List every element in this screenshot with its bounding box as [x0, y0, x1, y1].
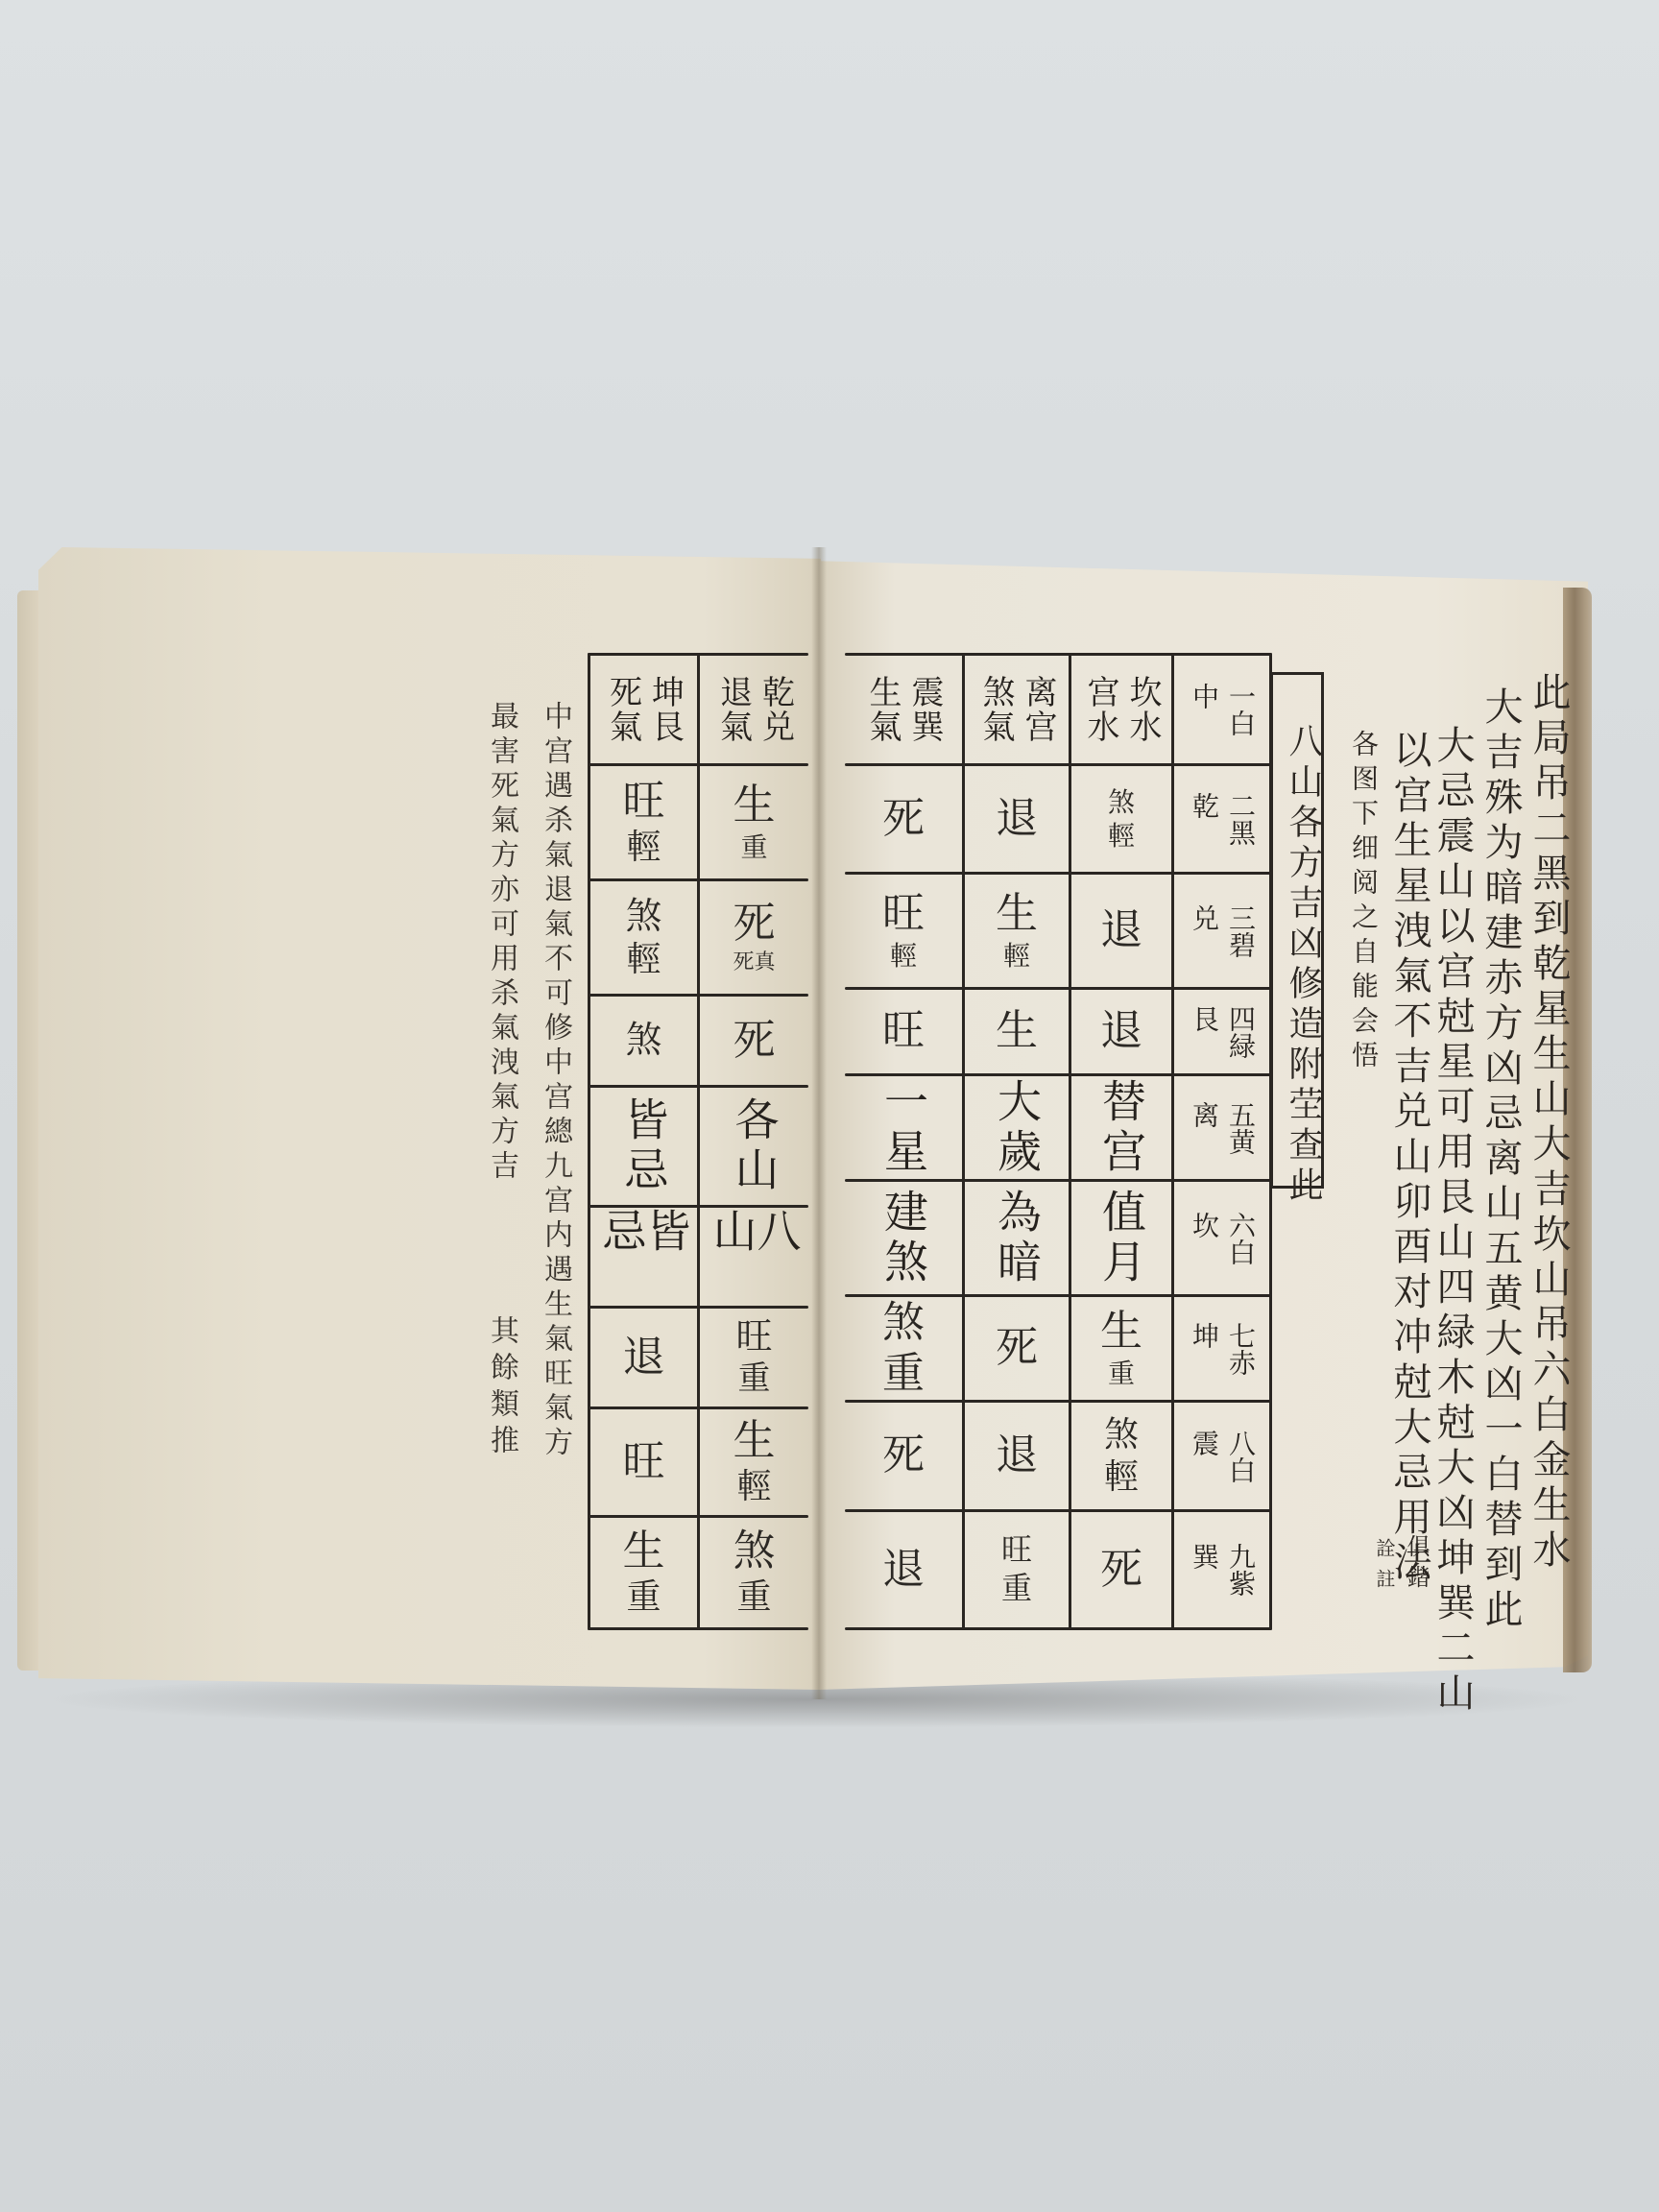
cell-main: 煞 [625, 1022, 661, 1060]
header-line1: 坤艮 [649, 675, 682, 744]
cell-sub: 重 [736, 1579, 771, 1616]
cell-sub: 重 [737, 1362, 770, 1397]
table-cell: 死 [845, 1403, 962, 1509]
cell-main: 皆忌 [600, 1208, 688, 1306]
cell-main: 旺 [623, 780, 665, 824]
cell-sub: 輕 [626, 829, 661, 866]
header-line2: 煞氣 [979, 675, 1012, 744]
header-line2: 死氣 [607, 675, 639, 744]
table-cell: 退 [845, 1512, 962, 1627]
table-cell: 大歲 [965, 1076, 1069, 1179]
table-cell: 死 [700, 997, 808, 1085]
table-row-label: 四緑艮 [1174, 990, 1270, 1073]
header-qian-dui: 乾兑 退氣 [700, 656, 808, 763]
table-row-label: 九紫巽 [1174, 1512, 1270, 1627]
mountain-label: 乾 [1190, 792, 1217, 819]
cell-main: 退 [1100, 1009, 1142, 1053]
table-row-label: 二黑乾 [1174, 766, 1270, 872]
table-cell: 替宫 [1071, 1076, 1171, 1179]
header-line2: 退氣 [717, 675, 750, 744]
cell-sub: 輕 [1003, 942, 1030, 970]
table-cell: 退 [1071, 990, 1171, 1073]
cell-main: 生 [733, 1419, 776, 1463]
cell-main: 煞 [733, 1529, 776, 1574]
cell-main: 生 [733, 783, 776, 828]
cell-sub: 重 [882, 1352, 925, 1396]
cell-main: 退 [623, 1335, 665, 1380]
cell-sub: 輕 [1104, 1459, 1139, 1496]
header-kan-water: 坎水 宫水 [1071, 656, 1171, 763]
header-line2: 宫水 [1084, 675, 1117, 744]
cell-main: 皆忌 [622, 1096, 666, 1196]
mountain-label: 巽 [1190, 1543, 1217, 1570]
cell-main: 旺 [882, 892, 925, 936]
header-line1: 震巽 [908, 675, 941, 744]
cell-main: 死 [733, 902, 775, 946]
table-cell: 生重 [1071, 1297, 1171, 1400]
cell-main: 八山 [710, 1208, 799, 1306]
table-cell: 生輕 [965, 875, 1069, 987]
table-row-label: 六白坎 [1174, 1182, 1270, 1294]
cell-sub: 重 [1001, 1573, 1032, 1605]
cell-main: 死 [882, 1433, 925, 1478]
table-cell: 建煞 [845, 1182, 962, 1294]
cell-main: 大歲 [995, 1078, 1039, 1178]
cell-main: 旺 [623, 1440, 665, 1484]
note-line: 最害死氣方亦可用杀氣洩氣方吉 [480, 701, 522, 1185]
cell-main: 替宫 [1099, 1078, 1143, 1178]
table-cell: 為暗 [965, 1182, 1069, 1294]
mountain-label: 艮 [1190, 1005, 1217, 1032]
cell-sub: 重 [626, 1579, 661, 1616]
cell-main: 退 [1100, 908, 1142, 952]
table-cell: 旺 [845, 990, 962, 1073]
table-cell: 退 [965, 1403, 1069, 1509]
mountain-label: 离 [1190, 1101, 1217, 1128]
cell-main: 旺 [1001, 1534, 1032, 1567]
header-line1: 离宫 [1022, 675, 1054, 744]
table-cell: 死 [965, 1297, 1069, 1400]
table-cell: 死死真 [700, 881, 808, 994]
table-cell: 煞重 [700, 1518, 808, 1627]
table-cell: 煞重 [845, 1297, 962, 1400]
note-line: 以宫生星洩氣不吉兑山卯酉对冲尅大忌用法 [1382, 730, 1437, 1587]
header-line2: 生氣 [866, 675, 899, 744]
table-cell: 旺重 [965, 1512, 1069, 1627]
header-zhen-xun: 震巽 生氣 [845, 656, 962, 763]
star-label: 二黑 [1227, 792, 1254, 846]
mountain-label: 坎 [1190, 1212, 1217, 1238]
star-label: 三碧 [1227, 904, 1254, 958]
table-cell: 皆忌 [590, 1208, 697, 1306]
cell-main: 煞 [1104, 1417, 1139, 1454]
table-title: 八山各方吉凶修造附茔查此 [1279, 723, 1328, 1207]
mountain-label: 兑 [1190, 904, 1217, 931]
table-cell: 煞輕 [1071, 766, 1171, 872]
note-line-small: 各图下细阅之自能会悟 [1344, 730, 1382, 1075]
note-line: 中宫遇杀氣退氣不可修中宫總九宫内遇生氣旺氣方 [534, 701, 576, 1461]
header-line1: 乾兑 [759, 675, 792, 744]
cell-main: 退 [882, 1548, 925, 1592]
table-cell: 旺輕 [845, 875, 962, 987]
table-cell: 一星 [845, 1076, 962, 1179]
header-position: 中 [1190, 683, 1217, 709]
table-cell: 生 [965, 990, 1069, 1073]
star-label: 六白 [1227, 1212, 1254, 1265]
table-cell: 旺輕 [590, 766, 697, 878]
cell-main: 生 [996, 892, 1038, 936]
note-annotation: 鍇 [1400, 1565, 1433, 1590]
mountain-label: 震 [1190, 1430, 1217, 1456]
right-table: 一白 中 坎水 宫水 离宫 煞氣 震巽 生氣 二黑乾 煞輕 退 死 [845, 653, 1272, 1632]
cell-sub: 重 [740, 833, 767, 861]
table-cell: 八山 [700, 1208, 808, 1306]
note-line: 其餘類推 [480, 1315, 522, 1461]
cell-main: 死 [733, 1019, 776, 1063]
table-cell: 死 [845, 766, 962, 872]
table-row-label: 五黄离 [1174, 1076, 1270, 1179]
cell-sub: 輕 [1108, 822, 1135, 850]
table-title-box: 八山各方吉凶修造附茔查此 [1270, 672, 1324, 1189]
table-cell: 退 [1071, 875, 1171, 987]
table-cell: 生重 [700, 766, 808, 878]
table-cell: 煞輕 [1071, 1403, 1171, 1509]
table-cell: 煞輕 [590, 881, 697, 994]
star-label: 九紫 [1227, 1543, 1254, 1597]
cell-main: 旺 [882, 1009, 925, 1053]
table-cell: 旺重 [700, 1309, 808, 1407]
cell-main: 死 [996, 1326, 1038, 1370]
header-center-palace: 一白 中 [1174, 656, 1270, 763]
header-kun-gen: 坤艮 死氣 [590, 656, 697, 763]
header-li-palace: 离宫 煞氣 [965, 656, 1069, 763]
mountain-label: 坤 [1190, 1322, 1217, 1349]
left-table: 乾兑 退氣 坤艮 死氣 生重 旺輕 死死真 煞輕 死 煞 各山 皆忌 八山 皆忌… [588, 653, 808, 1632]
note-line: 大吉殊为暗建赤方凶忌离山五黄大凶一白替到此 [1474, 686, 1528, 1634]
cell-main: 生 [623, 1529, 665, 1574]
note-annotation: 詮 [1371, 1538, 1399, 1559]
cell-main: 各山 [733, 1096, 777, 1196]
table-row-label: 三碧兑 [1174, 875, 1270, 987]
cell-main: 生 [1100, 1310, 1142, 1354]
open-book: 此局吊二黑到乾星生山大吉坎山吊六白金生水 大吉殊为暗建赤方凶忌离山五黄大凶一白替… [0, 0, 1659, 2212]
star-label: 八白 [1227, 1430, 1254, 1483]
table-cell: 煞 [590, 997, 697, 1085]
book-gutter [811, 547, 827, 1699]
cell-sub: 重 [1108, 1359, 1135, 1387]
table-row-label: 七赤坤 [1174, 1297, 1270, 1400]
table-cell: 退 [590, 1309, 697, 1407]
header-star: 一白 [1227, 683, 1254, 736]
cell-main: 煞 [1108, 788, 1135, 816]
cell-main: 生 [996, 1009, 1038, 1053]
table-cell: 值月 [1071, 1182, 1171, 1294]
cell-main: 旺 [735, 1318, 772, 1357]
table-cell: 生重 [590, 1518, 697, 1627]
cell-main: 為暗 [995, 1189, 1039, 1288]
table-cell: 生輕 [700, 1409, 808, 1515]
cell-sub: 死真 [733, 951, 775, 974]
note-annotation: 註 [1371, 1569, 1399, 1590]
cell-main: 值月 [1099, 1189, 1143, 1288]
cell-sub: 輕 [736, 1469, 771, 1505]
note-annotation: 倶 [1400, 1534, 1433, 1559]
cell-main: 退 [996, 1433, 1038, 1478]
cell-main: 死 [1100, 1548, 1142, 1592]
cell-main: 煞 [882, 1301, 925, 1345]
cell-sub: 輕 [890, 942, 917, 970]
table-cell: 各山 [700, 1088, 808, 1205]
table-cell: 死 [1071, 1512, 1171, 1627]
cell-main: 退 [996, 797, 1038, 841]
cell-main: 死 [882, 797, 925, 841]
table-cell: 退 [965, 766, 1069, 872]
note-line: 此局吊二黑到乾星生山大吉坎山吊六白金生水 [1522, 672, 1576, 1575]
star-label: 七赤 [1227, 1322, 1254, 1376]
cell-sub: 輕 [626, 942, 661, 978]
header-line1: 坎水 [1126, 675, 1159, 744]
star-label: 四緑 [1227, 1005, 1254, 1059]
table-row-label: 八白震 [1174, 1403, 1270, 1509]
cell-main: 建煞 [881, 1189, 926, 1288]
table-cell: 旺 [590, 1409, 697, 1515]
cell-main: 煞 [625, 898, 661, 936]
star-label: 五黄 [1227, 1101, 1254, 1155]
table-cell: 皆忌 [590, 1088, 697, 1205]
cell-main: 一星 [881, 1078, 926, 1178]
